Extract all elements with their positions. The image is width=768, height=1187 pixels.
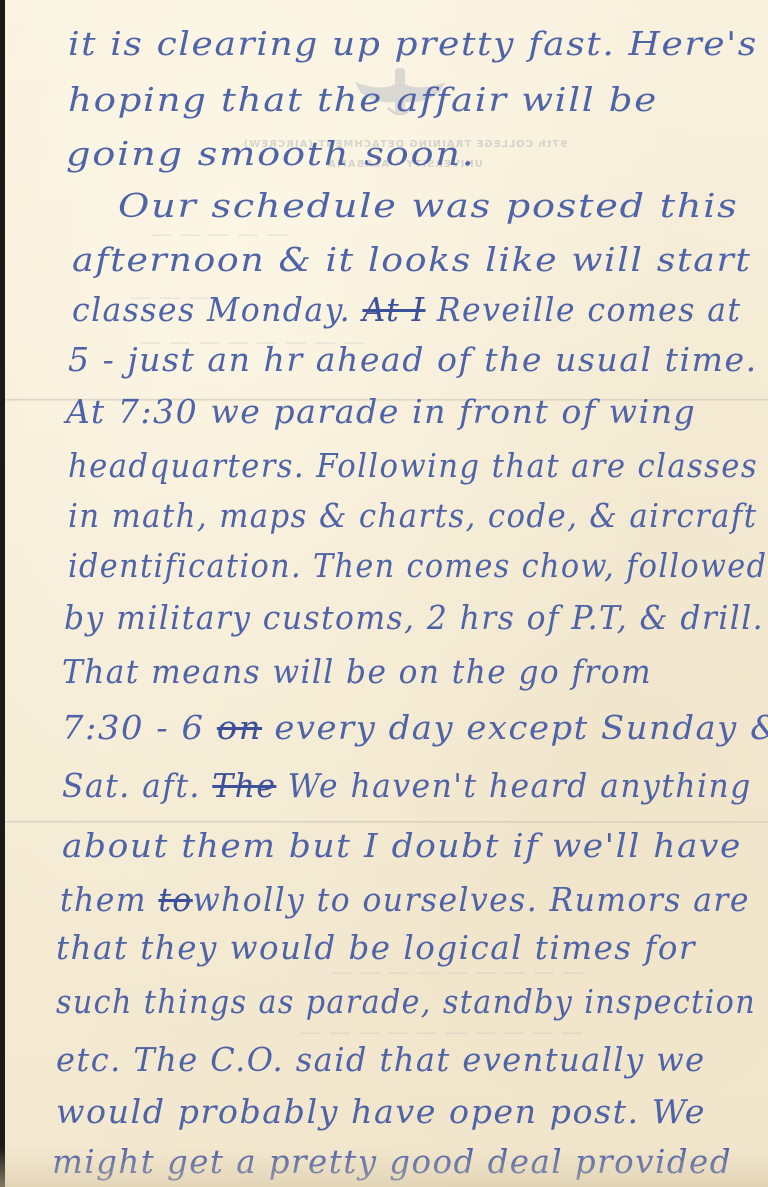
text-line-8: At 7:30 we parade in front of wing xyxy=(66,392,696,431)
text-segment: Sat. aft. xyxy=(62,766,212,805)
text-line-9: headquarters. Following that are classes xyxy=(68,446,758,485)
text-line-2: hoping that the affair will be xyxy=(68,80,658,119)
text-line-3: going smooth soon. xyxy=(66,134,476,173)
text-line-17: them towholly to ourselves. Rumors are xyxy=(60,880,750,919)
struck-out-text: to xyxy=(158,880,192,919)
struck-out-text: The xyxy=(212,766,276,805)
text-segment: wholly to ourselves. Rumors are xyxy=(193,880,750,919)
text-line-10: in math, maps & charts, code, & aircraft xyxy=(68,496,757,535)
text-line-12: by military customs, 2 hrs of P.T, & dri… xyxy=(64,598,764,637)
text-line-13: That means will be on the go from xyxy=(62,652,652,691)
text-line-18: that they would be logical times for xyxy=(56,928,696,967)
text-line-4: Our schedule was posted this xyxy=(118,186,739,225)
text-segment: them xyxy=(60,880,158,919)
text-segment: every day except Sunday & xyxy=(262,708,768,747)
handwritten-text: it is clearing up pretty fast. Here's ho… xyxy=(0,0,768,1187)
text-segment: Reveille comes at xyxy=(425,290,741,329)
text-segment: We haven't heard anything xyxy=(276,766,751,805)
struck-out-text: At I xyxy=(362,290,425,329)
text-line-14: 7:30 - 6 on every day except Sunday & xyxy=(62,708,768,747)
text-segment: 7:30 - 6 xyxy=(62,708,217,747)
text-line-11: identification. Then comes chow, followe… xyxy=(68,546,767,585)
text-line-7: 5 - just an hr ahead of the usual time. xyxy=(68,340,758,379)
text-line-16: about them but I doubt if we'll have xyxy=(62,826,742,865)
text-line-5: afternoon & it looks like will start xyxy=(72,240,752,279)
text-line-1: it is clearing up pretty fast. Here's xyxy=(68,24,758,63)
text-line-21: would probably have open post. We xyxy=(56,1092,706,1131)
text-line-6: classes Monday. At I Reveille comes at xyxy=(72,290,742,329)
text-segment: classes Monday. xyxy=(72,290,362,329)
struck-out-text: on xyxy=(217,708,262,747)
text-line-20: etc. The C.O. said that eventually we xyxy=(56,1040,705,1079)
letter-page: 97th COLLEGE TRAINING DETACHMENT (AIRCRE… xyxy=(0,0,768,1187)
text-line-19: such things as parade, standby inspectio… xyxy=(56,982,756,1021)
scan-bottom-shadow xyxy=(0,1147,768,1187)
text-line-15: Sat. aft. The We haven't heard anything xyxy=(62,766,752,805)
